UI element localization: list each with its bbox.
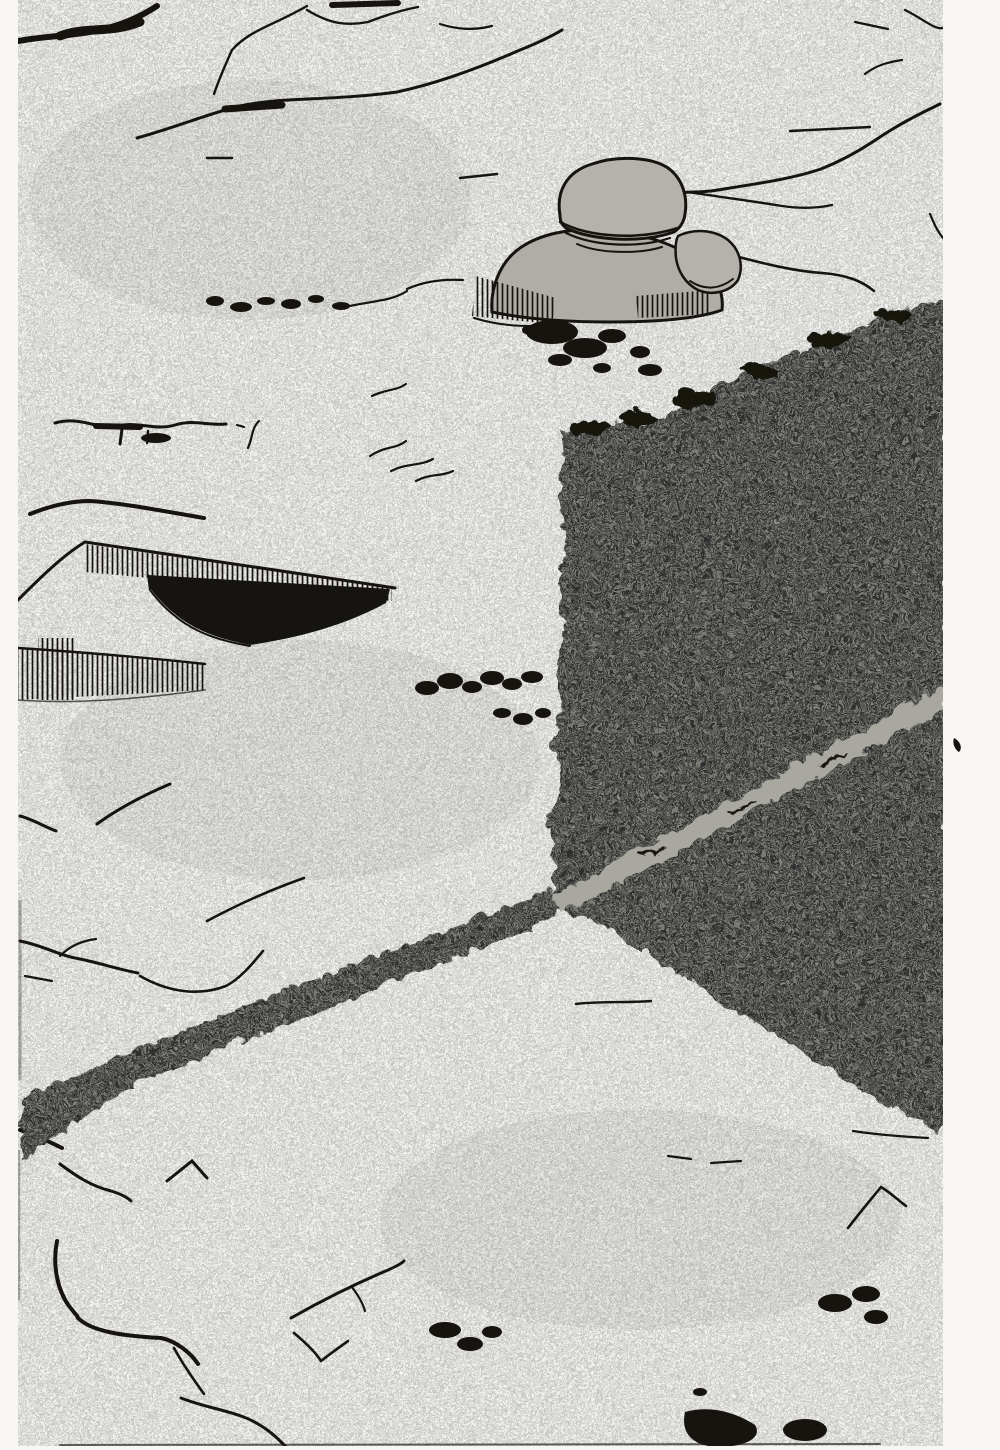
pebble: [281, 299, 301, 309]
crack: [96, 426, 140, 427]
pebble: [502, 678, 522, 690]
pebble: [257, 297, 275, 305]
cairn-top-stone: [559, 158, 686, 239]
pebble: [230, 302, 252, 312]
pebble: [521, 671, 543, 683]
panel-artwork: [0, 0, 1000, 1450]
pebble: [493, 708, 511, 718]
texture-detail: [565, 416, 605, 432]
panel-bottom-edge: [60, 1444, 880, 1445]
texture-detail: [548, 354, 572, 366]
pebble: [482, 1326, 502, 1338]
pebble: [864, 1310, 888, 1324]
pebble: [206, 296, 224, 306]
pebble: [852, 1286, 880, 1302]
texture-detail: [735, 358, 775, 374]
texture-detail: [593, 363, 611, 373]
texture-detail: [870, 304, 910, 320]
ridge-hatch-block: [38, 638, 74, 700]
texture-detail: [598, 329, 626, 343]
pebble: [332, 302, 350, 310]
texture-detail: [638, 364, 662, 376]
pebble: [415, 681, 439, 695]
dark-blob: [783, 1419, 827, 1441]
texture-detail: [668, 386, 712, 404]
texture-detail: [617, 406, 653, 422]
crack: [225, 105, 282, 109]
pebble: [818, 1294, 852, 1312]
crack: [120, 429, 122, 444]
pebble: [308, 295, 324, 303]
pebble: [480, 671, 504, 685]
pebble: [437, 673, 463, 689]
texture-detail: [30, 80, 470, 320]
pebble: [462, 681, 482, 693]
artwork-area: [13, 0, 943, 1447]
texture-detail: [522, 325, 538, 335]
pebble: [141, 433, 171, 443]
texture-detail: [630, 346, 650, 358]
texture-detail: [380, 1110, 900, 1330]
pebble: [535, 708, 551, 718]
texture-detail: [563, 338, 607, 358]
crack: [332, 3, 398, 5]
pebble: [513, 713, 533, 725]
pebble: [429, 1322, 461, 1338]
pebble: [693, 1388, 707, 1396]
texture-detail: [803, 328, 847, 344]
manga-panel-page: [0, 0, 1000, 1450]
pebble: [457, 1337, 483, 1351]
